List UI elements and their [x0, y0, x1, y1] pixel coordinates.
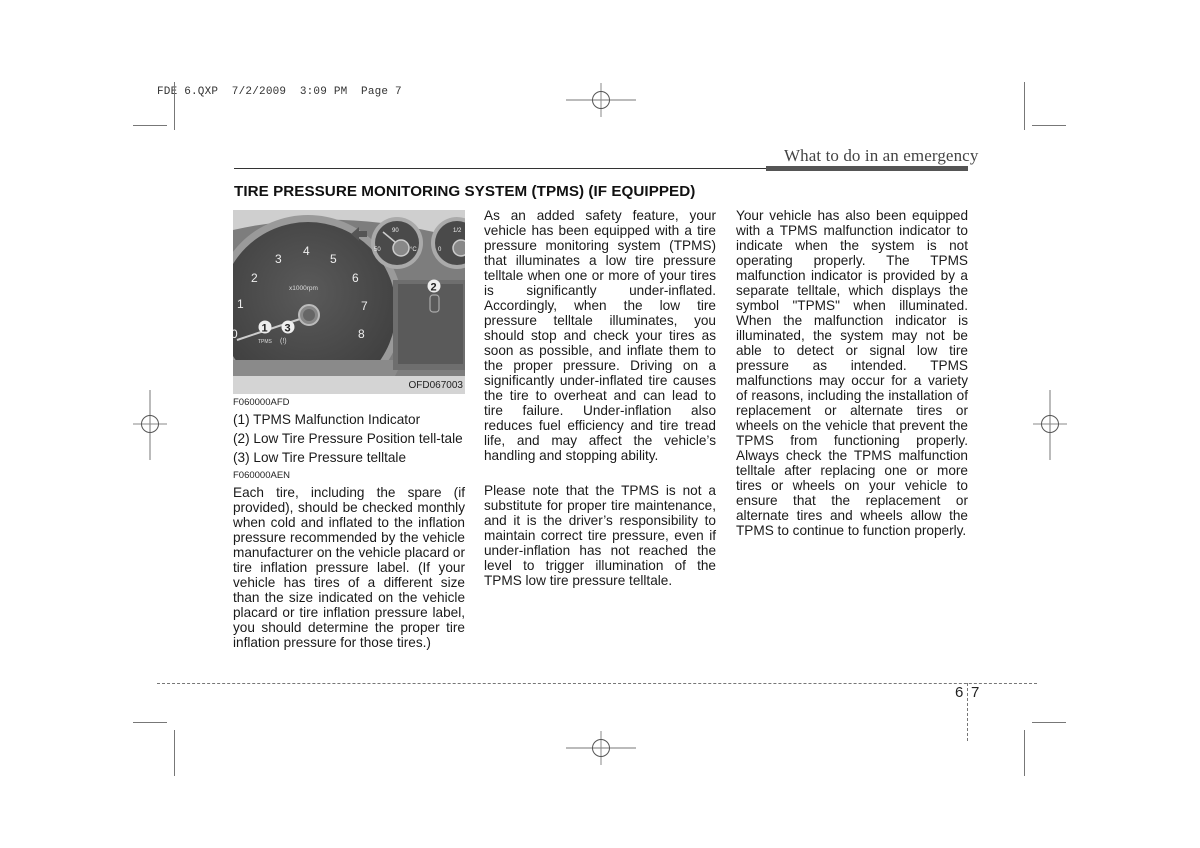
image-code: OFD067003: [409, 380, 463, 391]
svg-text:5: 5: [330, 252, 337, 266]
svg-text:50: 50: [374, 247, 381, 253]
cluster-illustration: 1 2 3 4 5 6 7 8 0 x1000rpm 1 3 TPMS (!) …: [233, 210, 465, 394]
svg-text:TPMS: TPMS: [258, 339, 273, 345]
malfunction-indicator-paragraph: Your vehicle has also been equipped with…: [736, 208, 968, 538]
section-title: What to do in an emergency: [784, 146, 978, 166]
svg-text:1: 1: [262, 323, 268, 335]
column-1: F060000AFD (1) TPMS Malfunction Indicato…: [233, 395, 465, 650]
page-heading: TIRE PRESSURE MONITORING SYSTEM (TPMS) (…: [234, 183, 695, 200]
legend-item-3: (3) Low Tire Pressure telltale: [233, 450, 465, 465]
svg-text:6: 6: [352, 271, 359, 285]
paragraph-ref-code: F060000AEN: [233, 468, 465, 483]
registration-mark-top: [566, 80, 636, 120]
footer-divider: [967, 683, 968, 741]
svg-text:2: 2: [431, 282, 437, 294]
svg-text:8: 8: [358, 327, 365, 341]
page-number: 7: [971, 684, 979, 701]
svg-text:x1000rpm: x1000rpm: [289, 285, 318, 292]
chapter-number: 6: [955, 684, 963, 701]
tpms-note-paragraph: Please note that the TPMS is not a subst…: [484, 483, 716, 588]
footer-rule: [157, 683, 1037, 684]
legend-item-2: (2) Low Tire Pressure Position tell-tale: [233, 431, 465, 446]
instrument-cluster-figure: 1 2 3 4 5 6 7 8 0 x1000rpm 1 3 TPMS (!) …: [233, 210, 465, 394]
column-3: Your vehicle has also been equipped with…: [736, 208, 968, 538]
svg-text:°C: °C: [410, 247, 417, 253]
safety-feature-paragraph: As an added safety feature, your vehicle…: [484, 208, 716, 463]
svg-text:3: 3: [275, 252, 282, 266]
svg-text:2: 2: [251, 271, 258, 285]
registration-mark-left: [132, 390, 168, 460]
column-2: As an added safety feature, your vehicle…: [484, 208, 716, 588]
svg-text:7: 7: [361, 299, 368, 313]
registration-mark-bottom: [566, 728, 636, 768]
figure-ref-code: F060000AFD: [233, 395, 465, 410]
svg-text:1: 1: [237, 297, 244, 311]
legend-item-1: (1) TPMS Malfunction Indicator: [233, 412, 465, 427]
spare-tire-paragraph: Each tire, including the spare (if provi…: [233, 485, 465, 650]
svg-text:90: 90: [392, 228, 399, 234]
registration-mark-right: [1032, 390, 1068, 460]
svg-text:4: 4: [303, 244, 310, 258]
print-slug: FDE 6.QXP 7/2/2009 3:09 PM Page 7: [157, 86, 402, 98]
legend-list: (1) TPMS Malfunction Indicator (2) Low T…: [233, 412, 465, 465]
svg-text:1/2: 1/2: [453, 228, 462, 234]
svg-text:3: 3: [285, 323, 291, 335]
header-rule: [234, 168, 768, 169]
svg-text:(!): (!): [280, 338, 287, 345]
header-rule-thick: [766, 166, 968, 171]
